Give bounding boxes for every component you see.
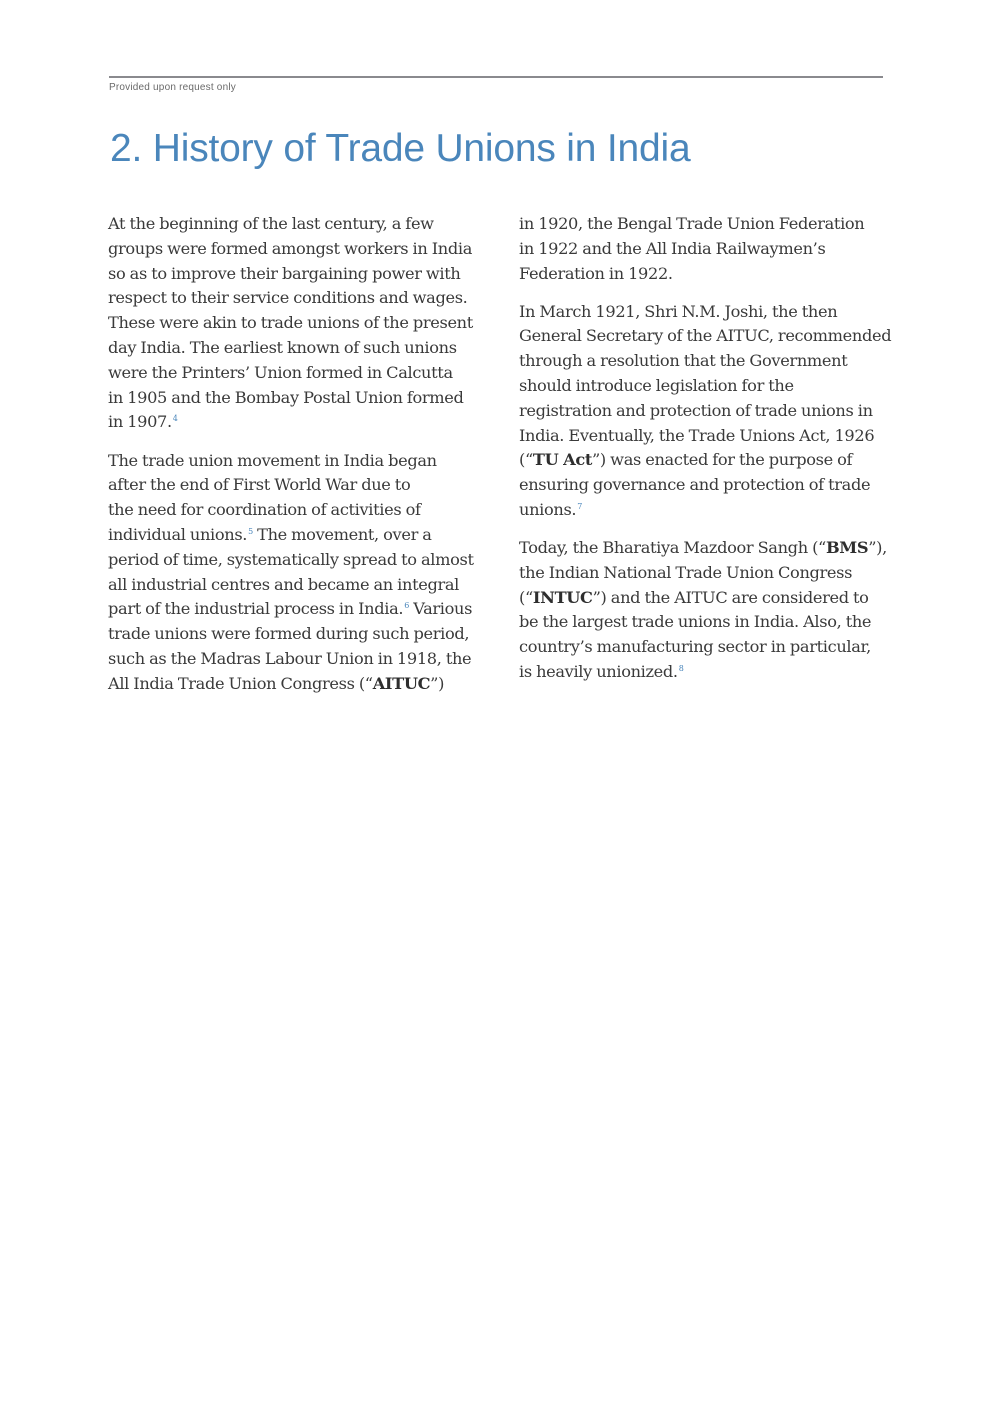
text-line: were the Printers’ Union formed in Calcu… [108, 361, 453, 386]
text-fragment: All India Trade Union Congress (“ [108, 674, 373, 693]
text-line: ensuring governance and protection of tr… [519, 473, 870, 498]
text-fragment: ”) was enacted for the purpose of [592, 450, 852, 469]
text-line: in 1922 and the All India Railwaymen’s [519, 237, 825, 262]
text-line: India. Eventually, the Trade Unions Act,… [519, 424, 874, 449]
text-line: The trade union movement in India began [108, 449, 437, 474]
text-line: These were akin to trade unions of the p… [108, 311, 473, 336]
text-fragment: ”), [868, 538, 887, 557]
text-fragment: (“ [519, 450, 533, 469]
defined-term-aituc: AITUC [373, 674, 430, 693]
text-line: in 1907.4 [108, 410, 178, 435]
text-line: should introduce legislation for the [519, 374, 794, 399]
text-line: part of the industrial process in India.… [108, 597, 472, 622]
text-line: country’s manufacturing sector in partic… [519, 635, 871, 660]
text-line: groups were formed amongst workers in In… [108, 237, 472, 262]
footnote-ref-7[interactable]: 7 [577, 502, 582, 511]
text-line: day India. The earliest known of such un… [108, 336, 457, 361]
text-line: registration and protection of trade uni… [519, 399, 873, 424]
text-fragment: The movement, over a [253, 525, 432, 544]
defined-term-bms: BMS [826, 538, 868, 557]
text-line: such as the Madras Labour Union in 1918,… [108, 647, 471, 672]
text-fragment: Various [409, 599, 472, 618]
text-line: period of time, systematically spread to… [108, 548, 474, 573]
text-line: In March 1921, Shri N.M. Joshi, the then [519, 300, 837, 325]
text-line: is heavily unionized.8 [519, 660, 683, 685]
text-fragment: in 1907. [108, 412, 172, 431]
text-line: All India Trade Union Congress (“AITUC”) [108, 672, 444, 697]
section-title: 2. History of Trade Unions in India [110, 124, 690, 174]
text-line: Today, the Bharatiya Mazdoor Sangh (“BMS… [519, 536, 887, 561]
text-line: unions.7 [519, 498, 582, 523]
header-note: Provided upon request only [109, 82, 236, 93]
text-fragment: is heavily unionized. [519, 662, 678, 681]
text-line: after the end of First World War due to [108, 473, 410, 498]
text-line: the Indian National Trade Union Congress [519, 561, 852, 586]
text-fragment: (“ [519, 588, 533, 607]
text-fragment: individual unions. [108, 525, 247, 544]
text-fragment: unions. [519, 500, 576, 519]
text-line: be the largest trade unions in India. Al… [519, 610, 871, 635]
text-line: respect to their service conditions and … [108, 286, 467, 311]
text-line: in 1905 and the Bombay Postal Union form… [108, 386, 464, 411]
text-line: (“INTUC”) and the AITUC are considered t… [519, 586, 869, 611]
text-line: individual unions.5 The movement, over a [108, 523, 432, 548]
text-fragment: ”) [430, 674, 444, 693]
text-line: so as to improve their bargaining power … [108, 262, 460, 287]
text-line: (“TU Act”) was enacted for the purpose o… [519, 448, 852, 473]
text-line: through a resolution that the Government [519, 349, 847, 374]
footnote-ref-8[interactable]: 8 [679, 664, 684, 673]
defined-term-intuc: INTUC [533, 588, 593, 607]
text-fragment: Today, the Bharatiya Mazdoor Sangh (“ [519, 538, 826, 557]
footnote-ref-4[interactable]: 4 [173, 414, 178, 423]
text-fragment: ”) and the AITUC are considered to [593, 588, 869, 607]
header-rule [109, 76, 883, 78]
defined-term-tu-act: TU Act [533, 450, 592, 469]
text-line: Federation in 1922. [519, 262, 673, 287]
text-line: General Secretary of the AITUC, recommen… [519, 324, 891, 349]
text-fragment: part of the industrial process in India. [108, 599, 403, 618]
text-line: in 1920, the Bengal Trade Union Federati… [519, 212, 864, 237]
text-line: all industrial centres and became an int… [108, 573, 459, 598]
text-line: trade unions were formed during such per… [108, 622, 469, 647]
text-line: At the beginning of the last century, a … [108, 212, 434, 237]
text-line: the need for coordination of activities … [108, 498, 421, 523]
